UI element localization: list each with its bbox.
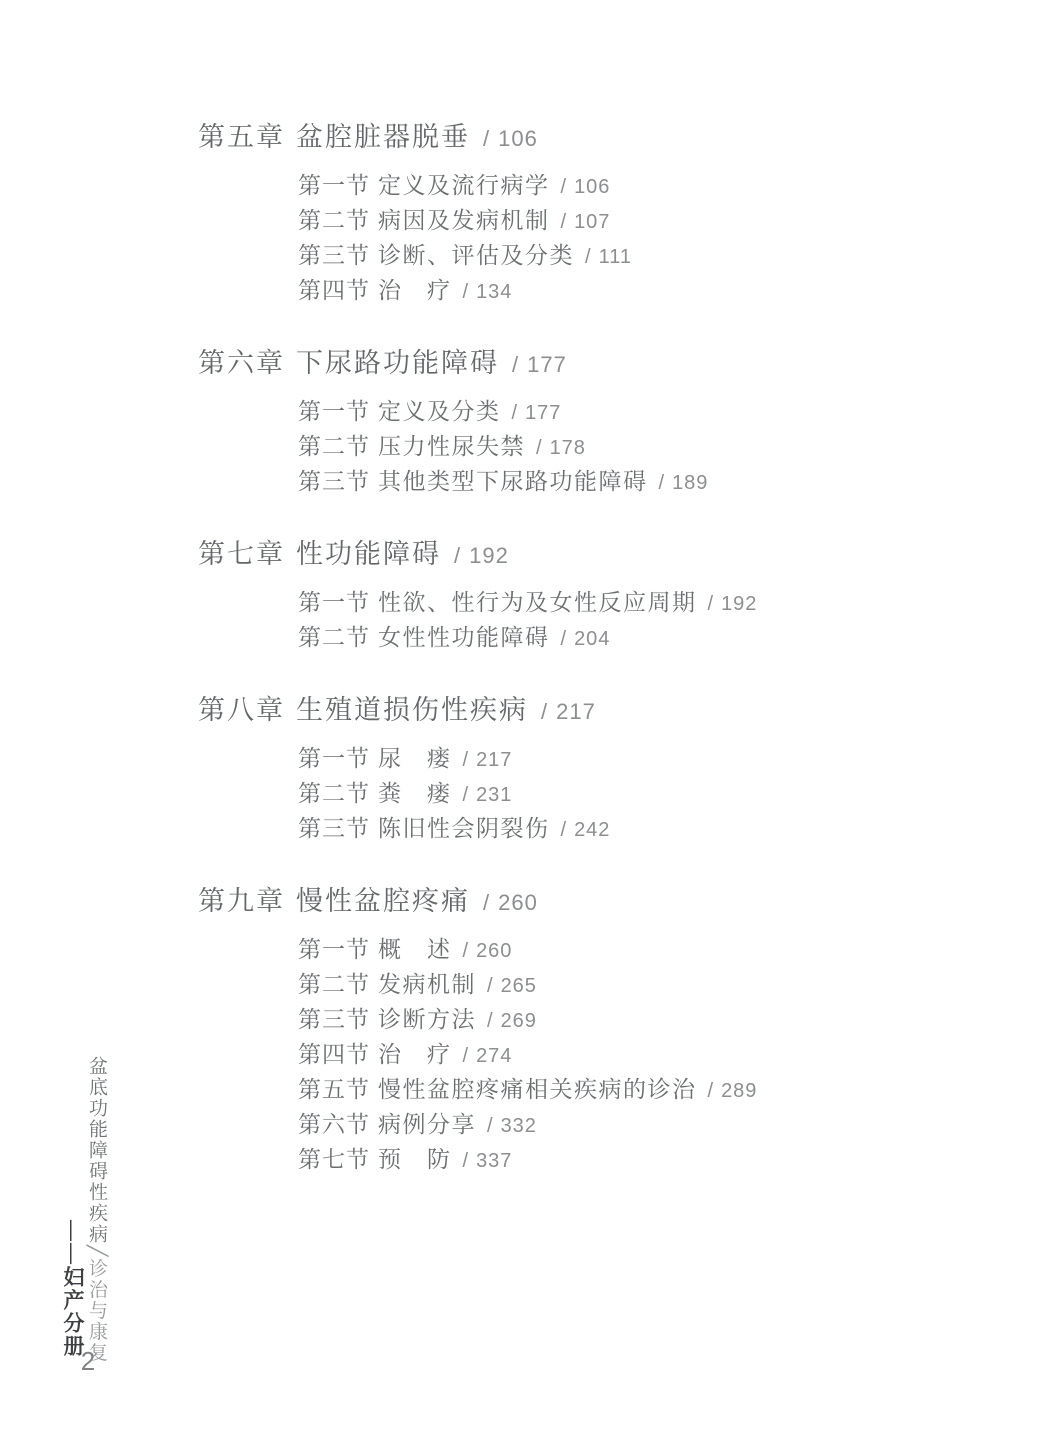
section-entry: 第二节 病因及发病机制 / 107 <box>198 203 978 238</box>
section-title: 诊断、评估及分类 <box>378 238 574 273</box>
section-title: 治 疗 <box>378 1037 452 1072</box>
section-entry: 第三节 诊断、评估及分类 / 111 <box>198 238 978 273</box>
chapter-page-number: 260 <box>498 886 538 920</box>
page-separator: / <box>483 122 489 156</box>
page-separator: / <box>463 275 469 310</box>
section-title: 性欲、性行为及女性反应周期 <box>378 585 697 620</box>
section-entry: 第一节 定义及分类 / 177 <box>198 394 978 429</box>
section-number: 第七节 <box>298 1142 378 1177</box>
section-page-number: 204 <box>574 622 610 657</box>
section-entry: 第四节 治 疗 / 134 <box>198 273 978 308</box>
section-page-number: 332 <box>501 1109 537 1144</box>
chapter-number: 第七章 <box>198 537 296 571</box>
section-entry: 第二节 女性性功能障碍 / 204 <box>198 620 978 655</box>
section-number: 第一节 <box>298 585 378 620</box>
page-separator: / <box>561 170 567 205</box>
chapter-page-number: 192 <box>469 539 509 573</box>
section-number: 第二节 <box>298 429 378 464</box>
section-title: 概 述 <box>378 932 452 967</box>
section-number: 第一节 <box>298 932 378 967</box>
section-title: 诊断方法 <box>378 1002 476 1037</box>
section-page-number: 274 <box>476 1039 512 1074</box>
section-title: 其他类型下尿路功能障碍 <box>378 464 648 499</box>
section-number: 第三节 <box>298 811 378 846</box>
section-page-number: 242 <box>574 813 610 848</box>
page-separator: / <box>708 1074 714 1109</box>
page-separator: / <box>487 1109 493 1144</box>
chapter-page-number: 217 <box>556 695 596 729</box>
section-title: 粪 瘘 <box>378 776 452 811</box>
section-page-number: 192 <box>721 587 757 622</box>
section-entry: 第七节 预 防 / 337 <box>198 1142 978 1177</box>
page-separator: / <box>487 1004 493 1039</box>
section-title: 压力性尿失禁 <box>378 429 525 464</box>
chapter-title: 性功能障碍 <box>296 537 441 571</box>
section-title: 预 防 <box>378 1142 452 1177</box>
page-separator: / <box>561 813 567 848</box>
section-title: 慢性盆腔疼痛相关疾病的诊治 <box>378 1072 697 1107</box>
section-number: 第三节 <box>298 1002 378 1037</box>
section-page-number: 107 <box>574 205 610 240</box>
section-number: 第四节 <box>298 1037 378 1072</box>
section-title: 治 疗 <box>378 273 452 308</box>
section-page-number: 337 <box>476 1144 512 1179</box>
section-entry: 第二节 压力性尿失禁 / 178 <box>198 429 978 464</box>
section-page-number: 231 <box>476 778 512 813</box>
page-separator: / <box>512 396 518 431</box>
page-separator: / <box>561 622 567 657</box>
section-title: 尿 瘘 <box>378 741 452 776</box>
section-page-number: 217 <box>476 743 512 778</box>
section-number: 第二节 <box>298 620 378 655</box>
chapter-page-number: 106 <box>498 122 538 156</box>
section-number: 第二节 <box>298 203 378 238</box>
section-title: 病例分享 <box>378 1107 476 1142</box>
section-title: 陈旧性会阴裂伤 <box>378 811 550 846</box>
chapter-title: 下尿路功能障碍 <box>296 346 499 380</box>
page-separator: / <box>585 240 591 275</box>
section-number: 第三节 <box>298 238 378 273</box>
section-title: 女性性功能障碍 <box>378 620 550 655</box>
volume-dash: —— <box>61 1220 85 1266</box>
chapter-entry: 第九章 慢性盆腔疼痛 / 260 第一节 概 述 / 260 第二节 发病机制 … <box>198 884 978 1177</box>
chapter-heading: 第七章 性功能障碍 / 192 <box>198 537 978 571</box>
chapter-title: 盆腔脏器脱垂 <box>296 120 470 154</box>
page-separator: / <box>463 743 469 778</box>
section-page-number: 106 <box>574 170 610 205</box>
volume-vertical-title: ——妇产分册 <box>58 1220 88 1358</box>
section-entry: 第一节 定义及流行病学 / 106 <box>198 168 978 203</box>
section-page-number: 134 <box>476 275 512 310</box>
section-entry: 第一节 性欲、性行为及女性反应周期 / 192 <box>198 585 978 620</box>
chapter-entry: 第七章 性功能障碍 / 192 第一节 性欲、性行为及女性反应周期 / 192 … <box>198 537 978 655</box>
chapter-number: 第八章 <box>198 693 296 727</box>
section-number: 第五节 <box>298 1072 378 1107</box>
section-title: 定义及流行病学 <box>378 168 550 203</box>
chapter-heading: 第六章 下尿路功能障碍 / 177 <box>198 346 978 380</box>
page-separator: / <box>463 1039 469 1074</box>
section-page-number: 265 <box>501 969 537 1004</box>
section-entry: 第三节 其他类型下尿路功能障碍 / 189 <box>198 464 978 499</box>
chapter-number: 第九章 <box>198 884 296 918</box>
section-number: 第一节 <box>298 741 378 776</box>
page-separator: / <box>708 587 714 622</box>
section-entry: 第二节 发病机制 / 265 <box>198 967 978 1002</box>
section-page-number: 260 <box>476 934 512 969</box>
page-separator: / <box>454 539 460 573</box>
section-entry: 第一节 尿 瘘 / 217 <box>198 741 978 776</box>
section-entry: 第三节 诊断方法 / 269 <box>198 1002 978 1037</box>
section-entry: 第五节 慢性盆腔疼痛相关疾病的诊治 / 289 <box>198 1072 978 1107</box>
page-separator: / <box>463 934 469 969</box>
section-page-number: 178 <box>550 431 586 466</box>
section-title: 发病机制 <box>378 967 476 1002</box>
book-page: 第五章 盆腔脏器脱垂 / 106 第一节 定义及流行病学 / 106 第二节 病… <box>0 0 1039 1453</box>
folio-page-number: 2 <box>66 1346 110 1377</box>
chapter-heading: 第八章 生殖道损伤性疾病 / 217 <box>198 693 978 727</box>
section-title: 病因及发病机制 <box>378 203 550 238</box>
section-entry: 第六节 病例分享 / 332 <box>198 1107 978 1142</box>
chapter-title: 慢性盆腔疼痛 <box>296 884 470 918</box>
section-page-number: 177 <box>525 396 561 431</box>
page-separator: / <box>487 969 493 1004</box>
chapter-entry: 第六章 下尿路功能障碍 / 177 第一节 定义及分类 / 177 第二节 压力… <box>198 346 978 499</box>
page-separator: / <box>541 695 547 729</box>
section-page-number: 289 <box>721 1074 757 1109</box>
chapter-heading: 第九章 慢性盆腔疼痛 / 260 <box>198 884 978 918</box>
page-separator: / <box>512 348 518 382</box>
chapter-number: 第五章 <box>198 120 296 154</box>
page-separator: / <box>561 205 567 240</box>
section-page-number: 189 <box>672 466 708 501</box>
section-number: 第六节 <box>298 1107 378 1142</box>
section-entry: 第一节 概 述 / 260 <box>198 932 978 967</box>
section-page-number: 111 <box>599 240 632 275</box>
chapter-heading: 第五章 盆腔脏器脱垂 / 106 <box>198 120 978 154</box>
page-separator: / <box>463 778 469 813</box>
section-entry: 第四节 治 疗 / 274 <box>198 1037 978 1072</box>
chapter-entry: 第五章 盆腔脏器脱垂 / 106 第一节 定义及流行病学 / 106 第二节 病… <box>198 120 978 308</box>
section-title: 定义及分类 <box>378 394 501 429</box>
section-number: 第一节 <box>298 168 378 203</box>
section-number: 第四节 <box>298 273 378 308</box>
page-separator: / <box>659 466 665 501</box>
series-title: 盆底功能障碍性疾病 <box>86 1056 107 1245</box>
section-entry: 第二节 粪 瘘 / 231 <box>198 776 978 811</box>
section-number: 第一节 <box>298 394 378 429</box>
section-number: 第二节 <box>298 776 378 811</box>
series-separator: ╱ <box>86 1245 107 1258</box>
table-of-contents: 第五章 盆腔脏器脱垂 / 106 第一节 定义及流行病学 / 106 第二节 病… <box>198 120 978 1215</box>
chapter-title: 生殖道损伤性疾病 <box>296 693 528 727</box>
section-entry: 第三节 陈旧性会阴裂伤 / 242 <box>198 811 978 846</box>
chapter-number: 第六章 <box>198 346 296 380</box>
page-separator: / <box>483 886 489 920</box>
page-separator: / <box>463 1144 469 1179</box>
section-page-number: 269 <box>501 1004 537 1039</box>
page-separator: / <box>536 431 542 466</box>
chapter-entry: 第八章 生殖道损伤性疾病 / 217 第一节 尿 瘘 / 217 第二节 粪 瘘… <box>198 693 978 846</box>
section-number: 第三节 <box>298 464 378 499</box>
chapter-page-number: 177 <box>527 348 567 382</box>
section-number: 第二节 <box>298 967 378 1002</box>
volume-title: 妇产分册 <box>61 1266 85 1358</box>
